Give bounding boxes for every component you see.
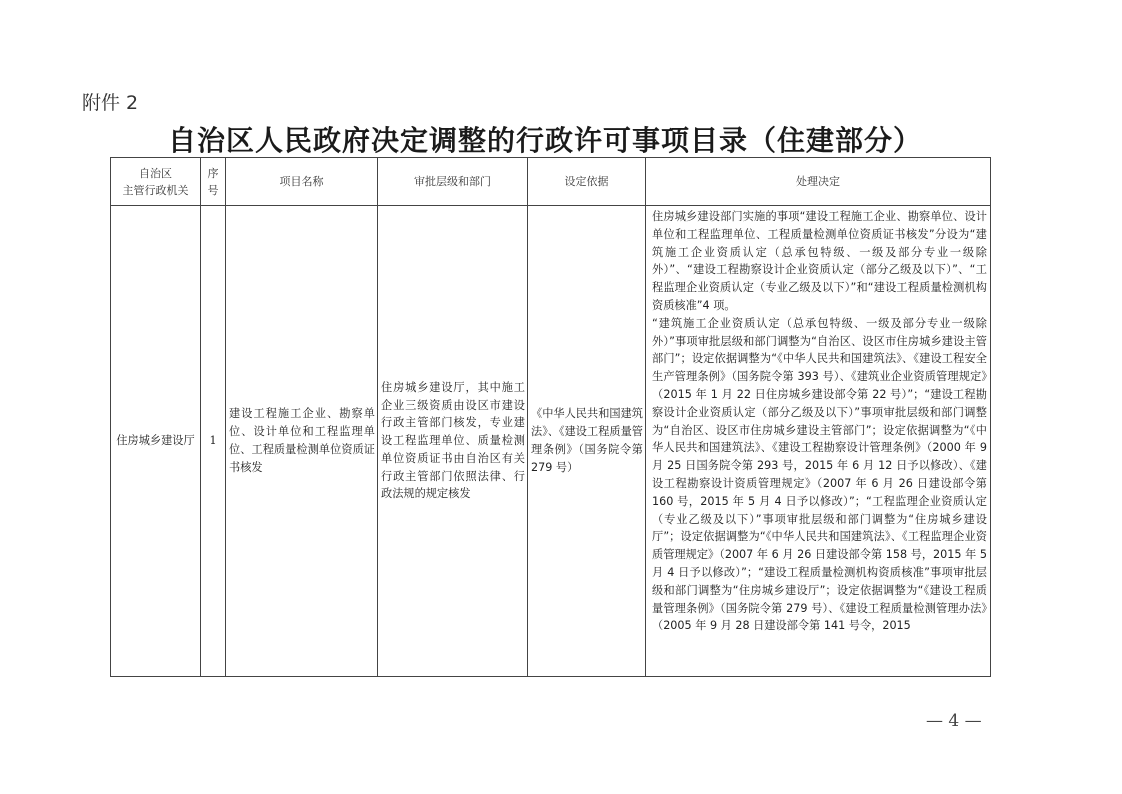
cell-num: 1 — [201, 206, 226, 677]
permit-table: 自治区 主管行政机关 序 号 项目名称 审批层级和部门 设定依据 处理决定 住房… — [110, 157, 991, 677]
header-decision: 处理决定 — [646, 158, 991, 206]
header-level: 审批层级和部门 — [378, 158, 528, 206]
table-header-row: 自治区 主管行政机关 序 号 项目名称 审批层级和部门 设定依据 处理决定 — [111, 158, 991, 206]
header-org-line2: 主管行政机关 — [111, 182, 200, 199]
decision-paragraph-2: “建筑施工企业资质认定（总承包特级、一级及部分专业一级除外）”事项审批层级和部门… — [652, 315, 987, 635]
header-basis: 设定依据 — [528, 158, 646, 206]
header-name: 项目名称 — [226, 158, 378, 206]
document-title: 自治区人民政府决定调整的行政许可事项目录（住建部分） — [168, 119, 922, 159]
decision-paragraph-1: 住房城乡建设部门实施的事项“建设工程施工企业、勘察单位、设计单位和工程监理单位、… — [652, 208, 987, 315]
header-num-line1: 序 — [201, 165, 225, 182]
page-number: — 4 — — [926, 711, 982, 731]
cell-decision: 住房城乡建设部门实施的事项“建设工程施工企业、勘察单位、设计单位和工程监理单位、… — [646, 206, 991, 677]
cell-approval-level: 住房城乡建设厅，其中施工企业三级资质由设区市建设行政主管部门核发，专业建设工程监… — [378, 206, 528, 677]
attachment-label: 附件 2 — [82, 88, 138, 115]
header-org-line1: 自治区 — [111, 165, 200, 182]
header-num-line2: 号 — [201, 182, 225, 199]
cell-org: 住房城乡建设厅 — [111, 206, 201, 677]
header-org: 自治区 主管行政机关 — [111, 158, 201, 206]
header-num: 序 号 — [201, 158, 226, 206]
table-row: 住房城乡建设厅 1 建设工程施工企业、勘察单位、设计单位和工程监理单位、工程质量… — [111, 206, 991, 677]
cell-item-name: 建设工程施工企业、勘察单位、设计单位和工程监理单位、工程质量检测单位资质证书核发 — [226, 206, 378, 677]
cell-legal-basis: 《中华人民共和国建筑法》、《建设工程质量管理条例》（国务院令第 279 号） — [528, 206, 646, 677]
